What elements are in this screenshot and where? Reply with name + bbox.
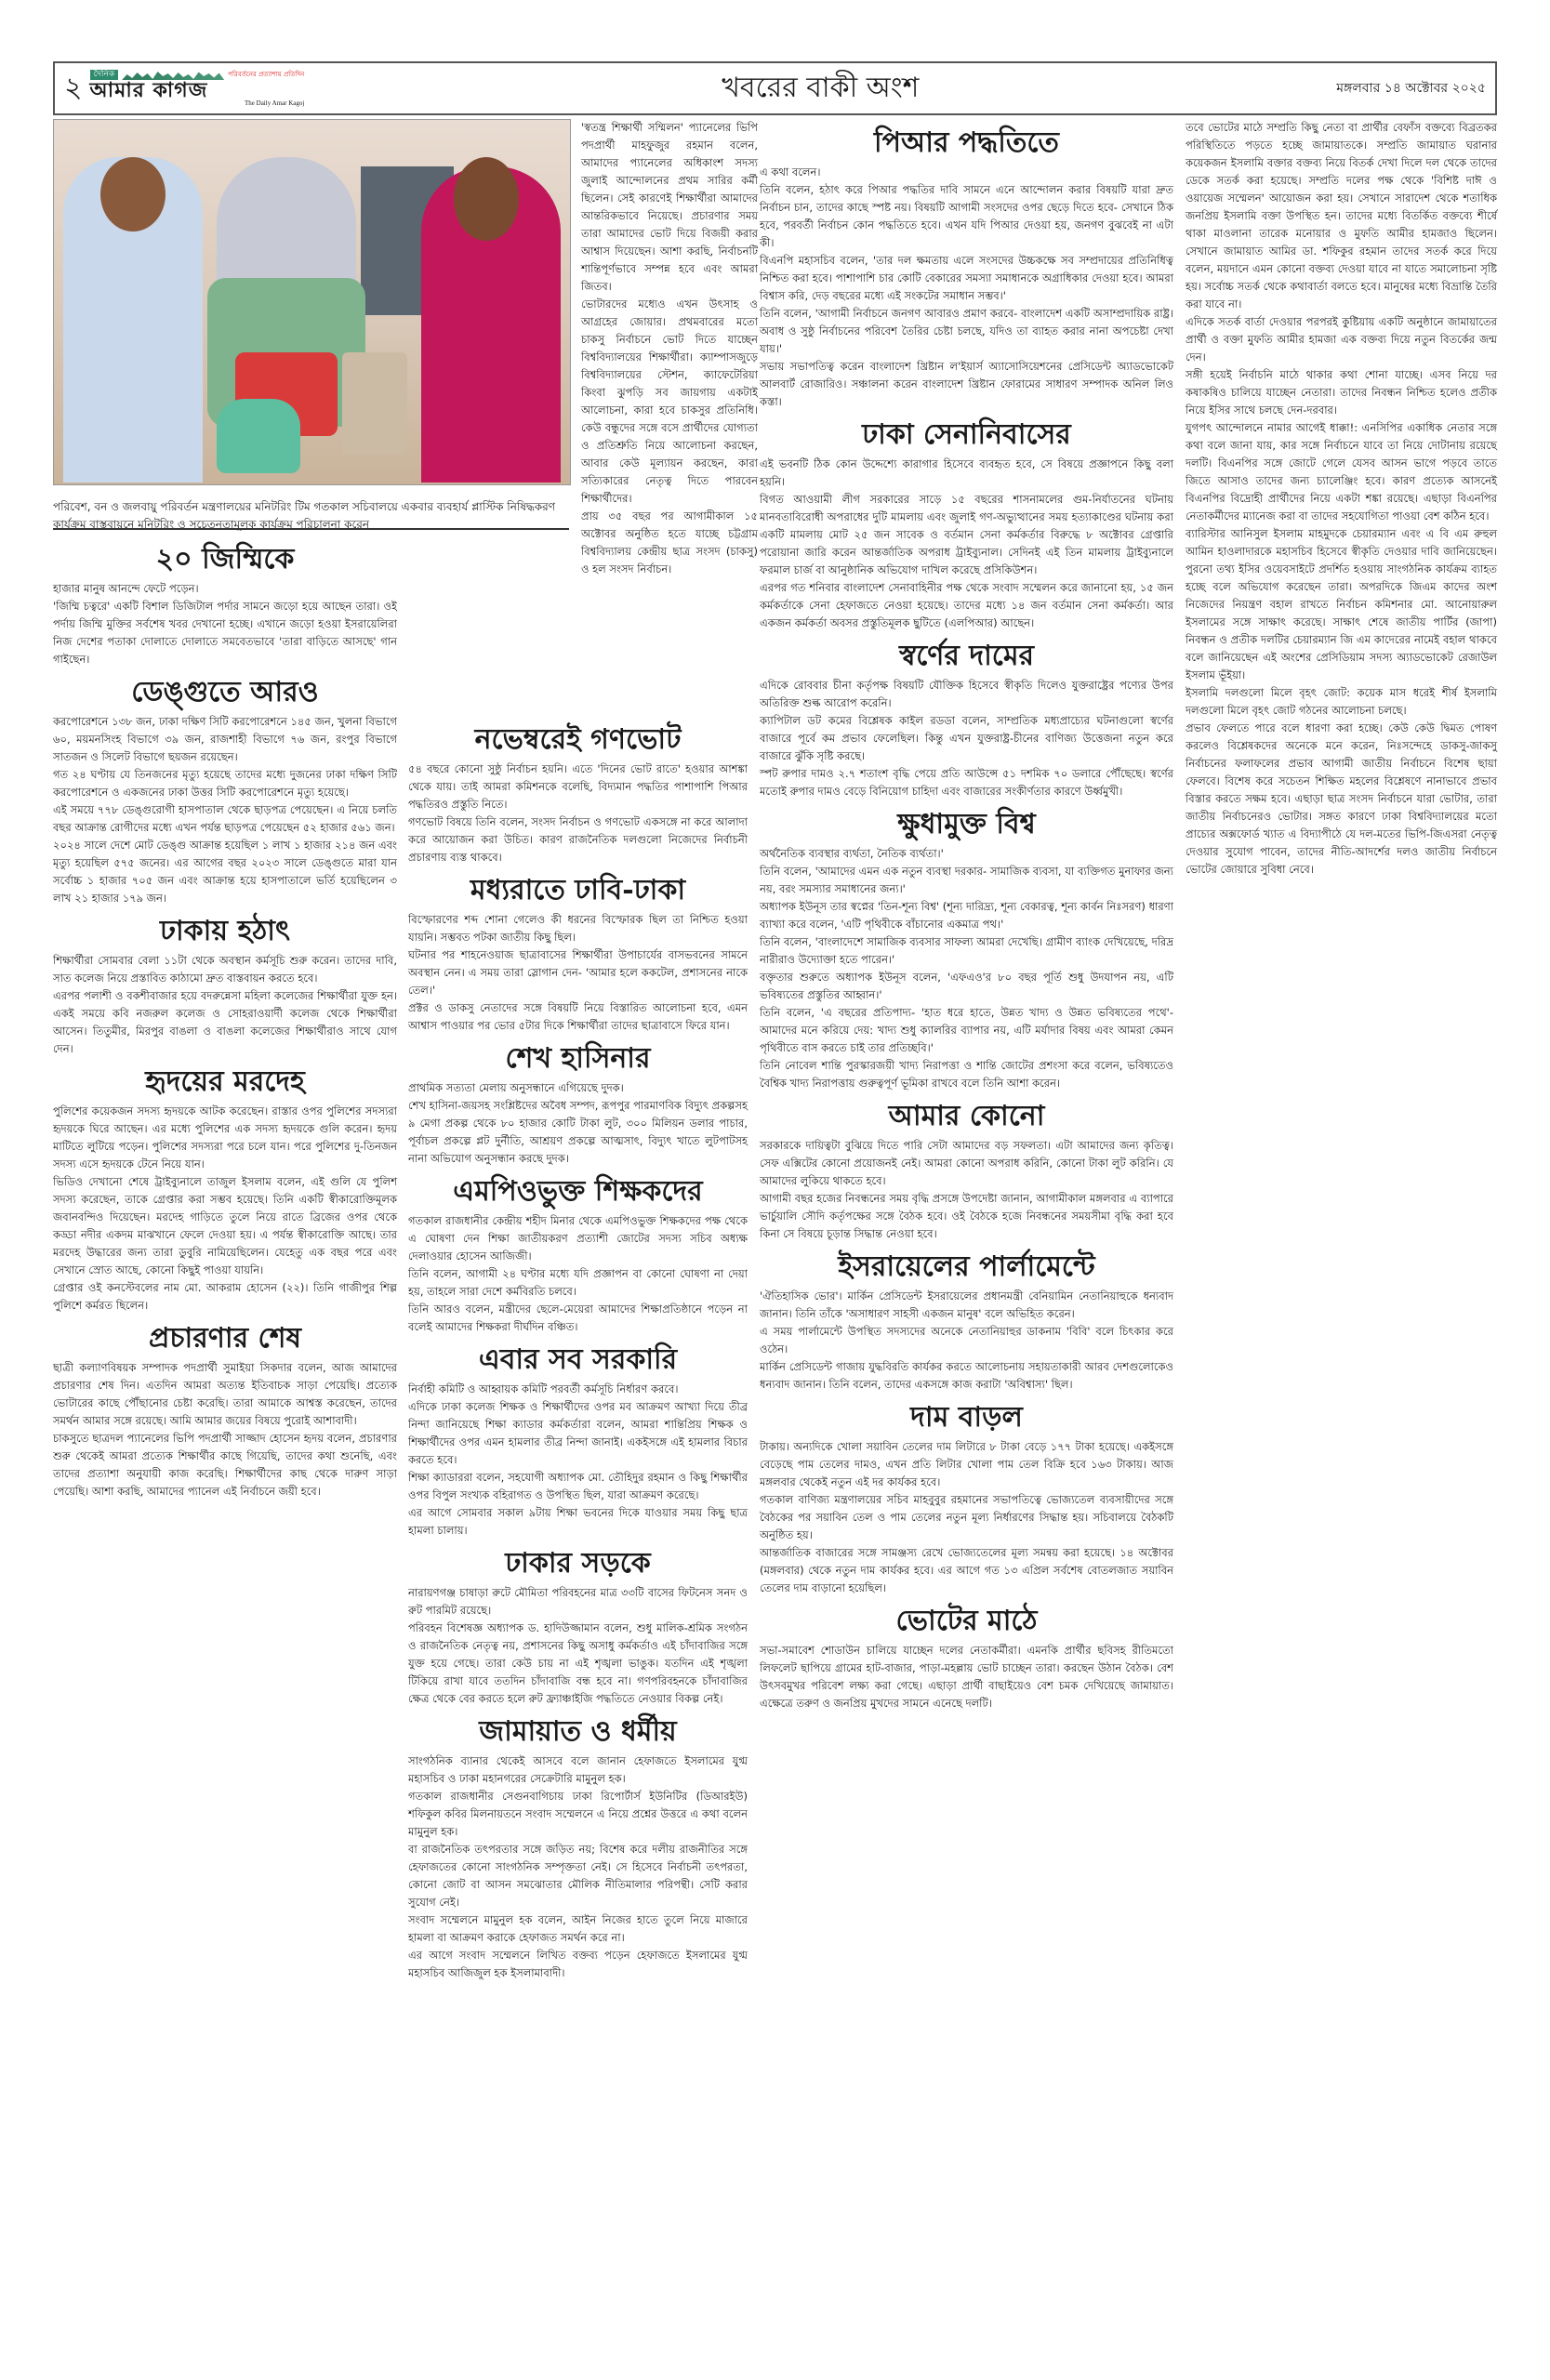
page-content: পরিবেশ, বন ও জলবায়ু পরিবর্তন মন্ত্রণালয… bbox=[53, 119, 1497, 2322]
headline: ঢাকায় হঠাৎ bbox=[53, 913, 397, 950]
skyline-icon bbox=[122, 71, 224, 80]
article-campaign-end: প্রচারণার শেষ ছাত্রী কল্যাণবিষয়ক সম্পাদ… bbox=[53, 1320, 397, 1501]
headline: স্বর্ণের দামের bbox=[760, 638, 1173, 675]
article-hostages: ২০ জিম্মিকে হাজার মানুষ আনন্দে ফেটে পড়ে… bbox=[53, 541, 397, 668]
headline: পিআর পদ্ধতিতে bbox=[760, 125, 1173, 162]
photo-tote-bag bbox=[342, 352, 407, 455]
headline: মধ্যরাতে ঢাবি-ঢাকা bbox=[408, 872, 748, 909]
article-jamaat-religious: জামায়াত ও ধর্মীয় সাংগঠনিক ব্যানার থেকে… bbox=[408, 1713, 748, 1982]
column-2: 'স্বতন্ত্র শিক্ষার্থী সম্মিলন' প্যানেলের… bbox=[581, 119, 758, 578]
headline: ঢাকার সড়কে bbox=[408, 1545, 748, 1582]
headline: ঢাকা সেনানিবাসের bbox=[760, 416, 1173, 454]
column-3: পিআর পদ্ধতিতে এ কথা বলেন। তিনি বলেন, হঠা… bbox=[760, 119, 1173, 1712]
masthead: ২ দৈনিক পরিবর্তনের প্রত্যাশায় প্রতিদিন … bbox=[53, 61, 1497, 115]
masthead-left: ২ দৈনিক পরিবর্তনের প্রত্যাশায় প্রতিদিন … bbox=[64, 65, 304, 112]
headline: জামায়াত ও ধর্মীয় bbox=[408, 1713, 748, 1751]
logo-english-name: The Daily Amar Kagoj bbox=[90, 100, 305, 107]
headline: ইসরায়েলের পার্লামেন্টে bbox=[760, 1249, 1173, 1286]
column-4: তবে ভোটের মাঠে সম্প্রতি কিছু নেতা বা প্র… bbox=[1186, 119, 1497, 879]
article-vote-field-heading: ভোটের মাঠে সভা-সমাবেশ শোডাউন চালিয়ে যাচ… bbox=[760, 1603, 1173, 1712]
article-all-government: এবার সব সরকারি নির্বাহী কমিটি ও আহ্বায়ক… bbox=[408, 1342, 748, 1540]
article-gold-price: স্বর্ণের দামের এদিকে রোববার চীনা কর্তৃপক… bbox=[760, 638, 1173, 800]
column-2-lower: নভেম্বরেই গণভোট ৫৪ বছরে কোনো সুষ্ঠু নির্… bbox=[408, 535, 748, 1982]
headline: হৃদয়ের মরদেহ bbox=[53, 1064, 397, 1101]
headline: আমার কোনো bbox=[760, 1098, 1173, 1135]
article-chaksu: 'স্বতন্ত্র শিক্ষার্থী সম্মিলন' প্যানেলের… bbox=[581, 119, 758, 578]
article-hunger-free: ক্ষুধামুক্ত বিশ্ব অর্থনৈতিক ব্যবস্থার ব্… bbox=[760, 806, 1173, 1092]
article-not-mine: আমার কোনো সরকারকে দায়িত্বটা বুঝিয়ে দিত… bbox=[760, 1098, 1173, 1243]
logo-name: আমার কাগজ bbox=[90, 80, 305, 100]
newspaper-logo: দৈনিক পরিবর্তনের প্রত্যাশায় প্রতিদিন আম… bbox=[90, 70, 305, 107]
article-sheikh-hasina: শেখ হাসিনার প্রাথমিক সত্যতা মেলায় অনুসন… bbox=[408, 1040, 748, 1168]
issue-date: মঙ্গলবার ১৪ অক্টোবর ২০২৫ bbox=[1336, 77, 1486, 99]
divider bbox=[53, 528, 569, 530]
article-mpo-teachers: এমপিওভুক্ত শিক্ষকদের গতকাল রাজধানীর কেন্… bbox=[408, 1173, 748, 1336]
headline: দাম বাড়ল bbox=[760, 1399, 1173, 1436]
headline: ক্ষুধামুক্ত বিশ্ব bbox=[760, 806, 1173, 843]
headline: ডেঙ্গুতে আরও bbox=[53, 674, 397, 711]
article-dengue: ডেঙ্গুতে আরও করপোরেশনে ১৩৮ জন, ঢাকা দক্ষ… bbox=[53, 674, 397, 907]
newspaper-page: ২ দৈনিক পরিবর্তনের প্রত্যাশায় প্রতিদিন … bbox=[53, 61, 1497, 2322]
article-israel-parliament: ইসরায়েলের পার্লামেন্টে 'ঐতিহাসিক ভোর'। … bbox=[760, 1249, 1173, 1394]
headline: প্রচারণার শেষ bbox=[53, 1320, 397, 1357]
article-hridoy: হৃদয়ের মরদেহ পুলিশের কয়েকজন সদস্য হৃদয… bbox=[53, 1064, 397, 1315]
article-vote-field-continued: তবে ভোটের মাঠে সম্প্রতি কিছু নেতা বা প্র… bbox=[1186, 119, 1497, 879]
article-dhaka-roads: ঢাকার সড়কে নারায়ণগঞ্জ চাষাড়া রুটে মৌম… bbox=[408, 1545, 748, 1708]
article-price-hike: দাম বাড়ল টাকায়। অন্যদিকে খোলা সয়াবিন … bbox=[760, 1399, 1173, 1597]
logo-tagline: পরিবর্তনের প্রত্যাশায় প্রতিদিন bbox=[228, 72, 304, 78]
headline: ২০ জিম্মিকে bbox=[53, 541, 397, 578]
headline: ভোটের মাঠে bbox=[760, 1603, 1173, 1640]
article-cantonment: ঢাকা সেনানিবাসের এই ভবনটি ঠিক কোন উদ্দেশ… bbox=[760, 416, 1173, 632]
photo-plastic-bag bbox=[217, 399, 300, 473]
section-title: খবরের বাকী অংশ bbox=[722, 65, 919, 112]
headline: শেখ হাসিনার bbox=[408, 1040, 748, 1078]
headline: এমপিওভুক্ত শিক্ষকদের bbox=[408, 1173, 748, 1210]
article-pr-method: পিআর পদ্ধতিতে এ কথা বলেন। তিনি বলেন, হঠা… bbox=[760, 125, 1173, 411]
headline: এবার সব সরকারি bbox=[408, 1342, 748, 1379]
article-referendum: নভেম্বরেই গণভোট ৫৪ বছরে কোনো সুষ্ঠু নির্… bbox=[408, 721, 748, 866]
headline: নভেম্বরেই গণভোট bbox=[408, 721, 748, 759]
page-number: ২ bbox=[64, 65, 83, 112]
news-photo bbox=[53, 119, 571, 485]
column-1: ২০ জিম্মিকে হাজার মানুষ আনন্দে ফেটে পড়ে… bbox=[53, 535, 397, 1501]
article-dhaka-sudden: ঢাকায় হঠাৎ শিক্ষার্থীরা সোমবার বেলা ১১ট… bbox=[53, 913, 397, 1058]
article-du-midnight: মধ্যরাতে ঢাবি-ঢাকা বিস্ফোরণের শব্দ শোনা … bbox=[408, 872, 748, 1035]
